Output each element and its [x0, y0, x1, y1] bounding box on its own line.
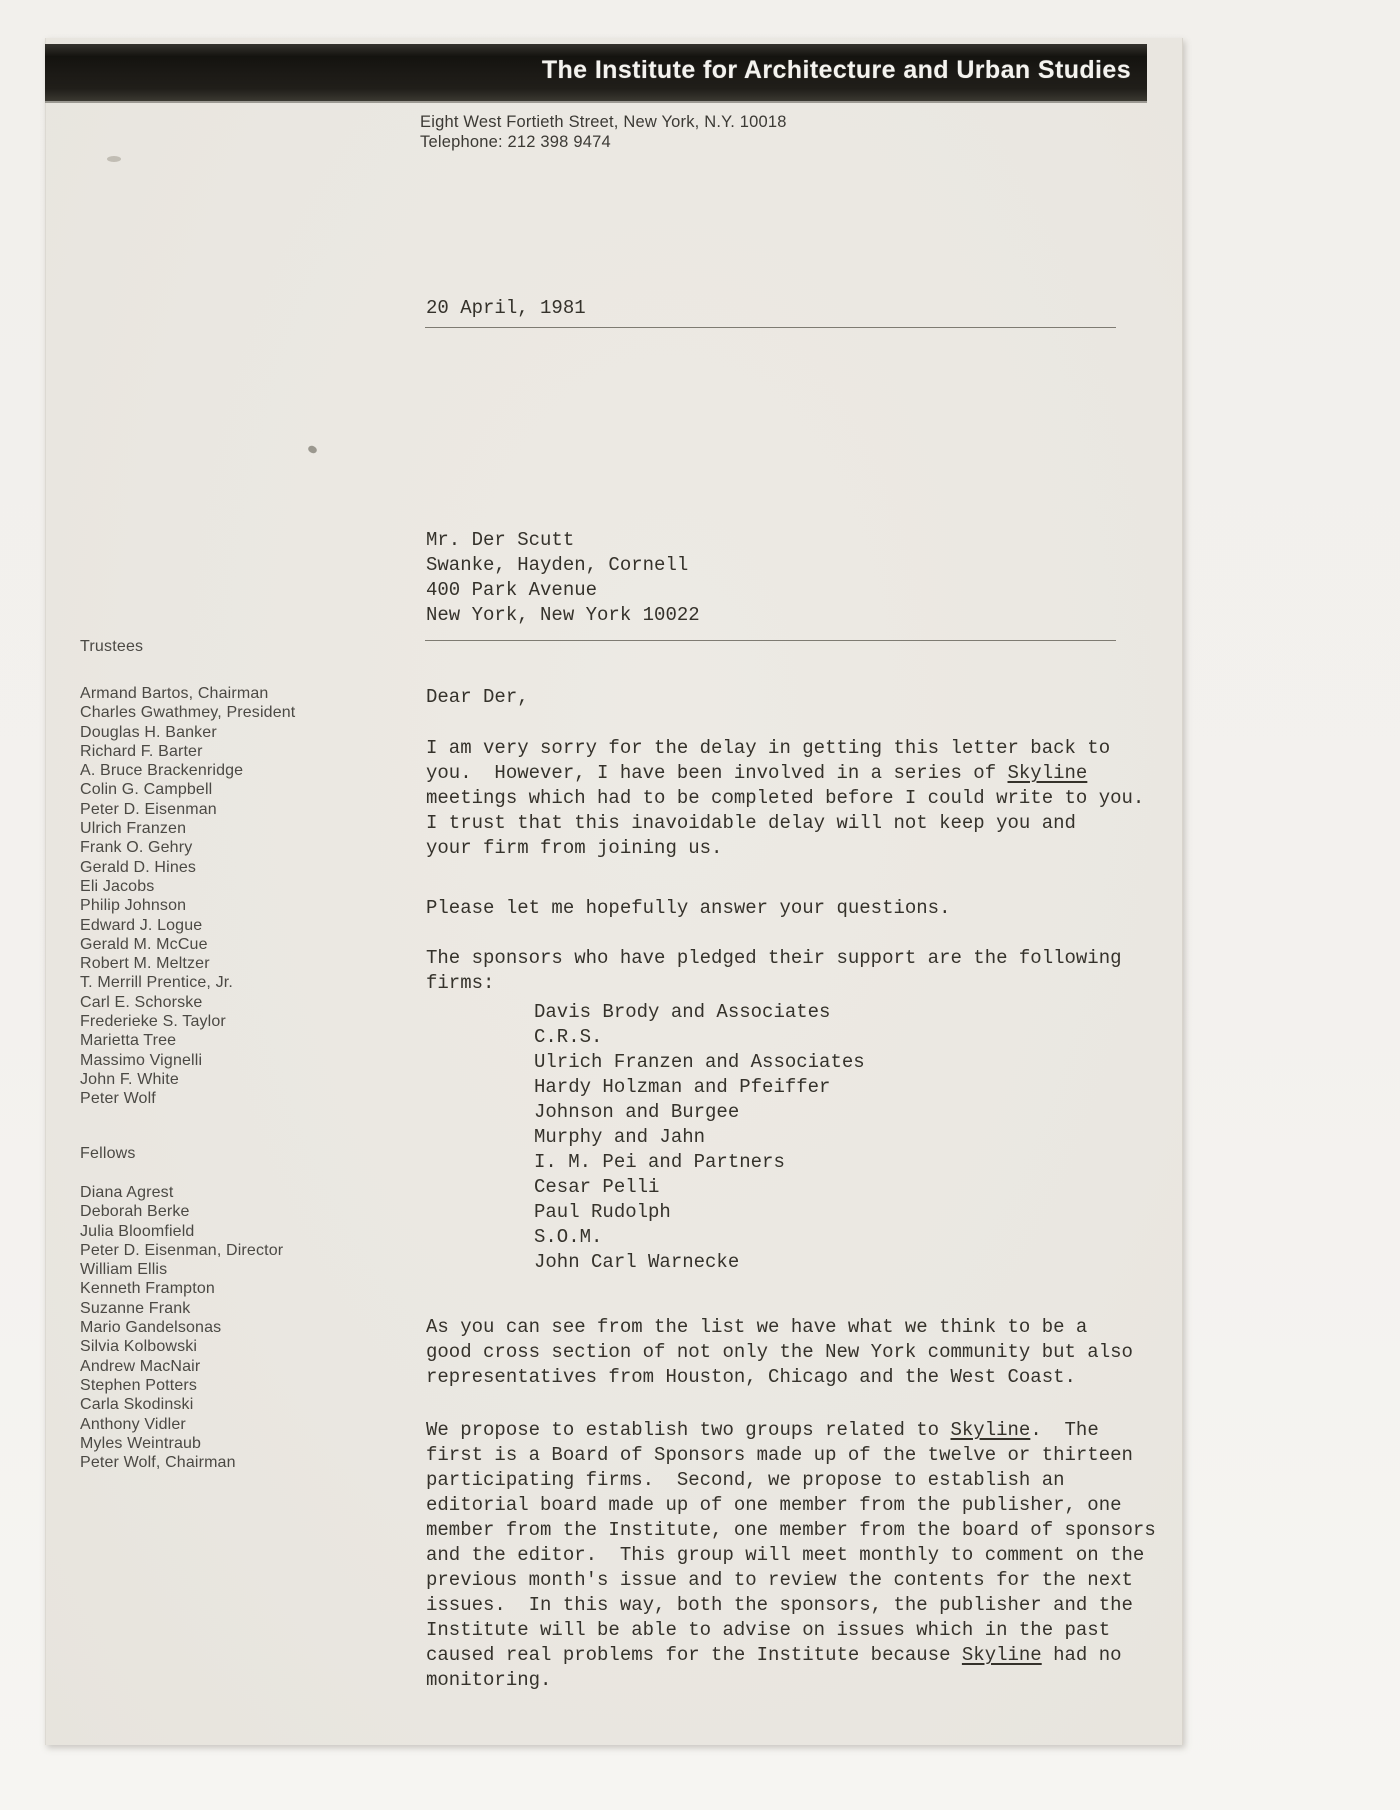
letter-line: caused real problems for the Institute b…	[426, 1643, 1156, 1668]
recipient-line: New York, New York 10022	[426, 603, 700, 628]
trustee-name: A. Bruce Brackenridge	[80, 761, 295, 780]
organization-title: The Institute for Architecture and Urban…	[542, 56, 1131, 85]
paragraph-3: The sponsors who have pledged their supp…	[426, 946, 1122, 996]
fellows-heading: Fellows	[80, 1145, 136, 1163]
letter-line: We propose to establish two groups relat…	[426, 1418, 1156, 1443]
trustee-name: Eli Jacobs	[80, 877, 295, 896]
trustee-name: Peter Wolf	[80, 1089, 295, 1108]
letter-line: good cross section of not only the New Y…	[426, 1340, 1133, 1365]
letterhead-telephone: Telephone: 212 398 9474	[420, 132, 787, 152]
trustee-name: Gerald M. McCue	[80, 935, 295, 954]
trustee-name: Carl E. Schorske	[80, 993, 295, 1012]
letter-date: 20 April, 1981	[426, 296, 586, 321]
letter-line: you. However, I have been involved in a …	[426, 761, 1144, 786]
letter-line: your firm from joining us.	[426, 836, 1144, 861]
sponsor-firm: Davis Brody and Associates	[534, 1000, 865, 1025]
fellow-name: Peter Wolf, Chairman	[80, 1453, 283, 1472]
recipient-underline-rule	[425, 640, 1116, 641]
letter-line: previous month's issue and to review the…	[426, 1568, 1156, 1593]
trustee-name: Robert M. Meltzer	[80, 954, 295, 973]
trustee-name: Massimo Vignelli	[80, 1051, 295, 1070]
letter-line: editorial board made up of one member fr…	[426, 1493, 1156, 1518]
sponsor-firms-list: Davis Brody and AssociatesC.R.S.Ulrich F…	[534, 1000, 865, 1275]
paragraph-1: I am very sorry for the delay in getting…	[426, 736, 1144, 861]
letterhead-bar: The Institute for Architecture and Urban…	[45, 44, 1147, 101]
recipient-line: Swanke, Hayden, Cornell	[426, 553, 700, 578]
sponsor-firm: John Carl Warnecke	[534, 1250, 865, 1275]
scan-smudge	[307, 444, 318, 454]
fellow-name: Stephen Potters	[80, 1376, 283, 1395]
letter-line: member from the Institute, one member fr…	[426, 1518, 1156, 1543]
sponsor-firm: I. M. Pei and Partners	[534, 1150, 865, 1175]
paragraph-2: Please let me hopefully answer your ques…	[426, 896, 951, 921]
letter-line: The sponsors who have pledged their supp…	[426, 946, 1122, 971]
letter-page: The Institute for Architecture and Urban…	[45, 38, 1183, 1745]
trustee-name: Douglas H. Banker	[80, 723, 295, 742]
trustee-name: Armand Bartos, Chairman	[80, 684, 295, 703]
trustees-heading: Trustees	[80, 638, 143, 656]
fellows-list: Diana AgrestDeborah BerkeJulia Bloomfiel…	[80, 1183, 283, 1472]
fellow-name: Anthony Vidler	[80, 1415, 283, 1434]
sponsor-firm: Paul Rudolph	[534, 1200, 865, 1225]
fellow-name: Kenneth Frampton	[80, 1279, 283, 1298]
trustee-name: Richard F. Barter	[80, 742, 295, 761]
trustee-name: Frederieke S. Taylor	[80, 1012, 295, 1031]
letter-line: monitoring.	[426, 1668, 1156, 1693]
trustee-name: John F. White	[80, 1070, 295, 1089]
trustees-list: Armand Bartos, ChairmanCharles Gwathmey,…	[80, 684, 295, 1109]
trustee-name: Charles Gwathmey, President	[80, 703, 295, 722]
fellow-name: Diana Agrest	[80, 1183, 283, 1202]
fellow-name: Myles Weintraub	[80, 1434, 283, 1453]
fellow-name: Peter D. Eisenman, Director	[80, 1241, 283, 1260]
trustee-name: Edward J. Logue	[80, 916, 295, 935]
trustee-name: Peter D. Eisenman	[80, 800, 295, 819]
letter-line: participating firms. Second, we propose …	[426, 1468, 1156, 1493]
salutation: Dear Der,	[426, 685, 529, 710]
recipient-line: Mr. Der Scutt	[426, 528, 700, 553]
fellow-name: Carla Skodinski	[80, 1395, 283, 1414]
fellow-name: Mario Gandelsonas	[80, 1318, 283, 1337]
sponsor-firm: Johnson and Burgee	[534, 1100, 865, 1125]
paragraph-5: We propose to establish two groups relat…	[426, 1418, 1156, 1693]
sponsor-firm: C.R.S.	[534, 1025, 865, 1050]
trustee-name: Gerald D. Hines	[80, 858, 295, 877]
trustee-name: Philip Johnson	[80, 896, 295, 915]
letter-line: issues. In this way, both the sponsors, …	[426, 1593, 1156, 1618]
letter-line: Please let me hopefully answer your ques…	[426, 896, 951, 921]
fellow-name: Suzanne Frank	[80, 1299, 283, 1318]
letterhead-address: Eight West Fortieth Street, New York, N.…	[420, 112, 787, 152]
scan-speck	[107, 156, 121, 162]
sponsor-firm: S.O.M.	[534, 1225, 865, 1250]
letter-line: representatives from Houston, Chicago an…	[426, 1365, 1133, 1390]
trustee-name: Frank O. Gehry	[80, 838, 295, 857]
recipient-block: Mr. Der ScuttSwanke, Hayden, Cornell400 …	[426, 528, 700, 628]
letter-line: Institute will be able to advise on issu…	[426, 1618, 1156, 1643]
fellow-name: Silvia Kolbowski	[80, 1337, 283, 1356]
trustee-name: Marietta Tree	[80, 1031, 295, 1050]
trustee-name: Colin G. Campbell	[80, 780, 295, 799]
sponsor-firm: Cesar Pelli	[534, 1175, 865, 1200]
sponsor-firm: Murphy and Jahn	[534, 1125, 865, 1150]
date-underline-rule	[425, 327, 1116, 328]
sponsor-firm: Ulrich Franzen and Associates	[534, 1050, 865, 1075]
trustee-name: T. Merrill Prentice, Jr.	[80, 973, 295, 992]
fellow-name: Julia Bloomfield	[80, 1222, 283, 1241]
fellow-name: William Ellis	[80, 1260, 283, 1279]
sponsor-firm: Hardy Holzman and Pfeiffer	[534, 1075, 865, 1100]
paragraph-4: As you can see from the list we have wha…	[426, 1315, 1133, 1390]
fellow-name: Andrew MacNair	[80, 1357, 283, 1376]
letterhead-street: Eight West Fortieth Street, New York, N.…	[420, 112, 787, 132]
trustee-name: Ulrich Franzen	[80, 819, 295, 838]
letter-line: and the editor. This group will meet mon…	[426, 1543, 1156, 1568]
letter-line: first is a Board of Sponsors made up of …	[426, 1443, 1156, 1468]
letter-line: I trust that this inavoidable delay will…	[426, 811, 1144, 836]
letter-line: firms:	[426, 971, 1122, 996]
letter-line: I am very sorry for the delay in getting…	[426, 736, 1144, 761]
letter-line: meetings which had to be completed befor…	[426, 786, 1144, 811]
recipient-line: 400 Park Avenue	[426, 578, 700, 603]
fellow-name: Deborah Berke	[80, 1202, 283, 1221]
letter-line: As you can see from the list we have wha…	[426, 1315, 1133, 1340]
